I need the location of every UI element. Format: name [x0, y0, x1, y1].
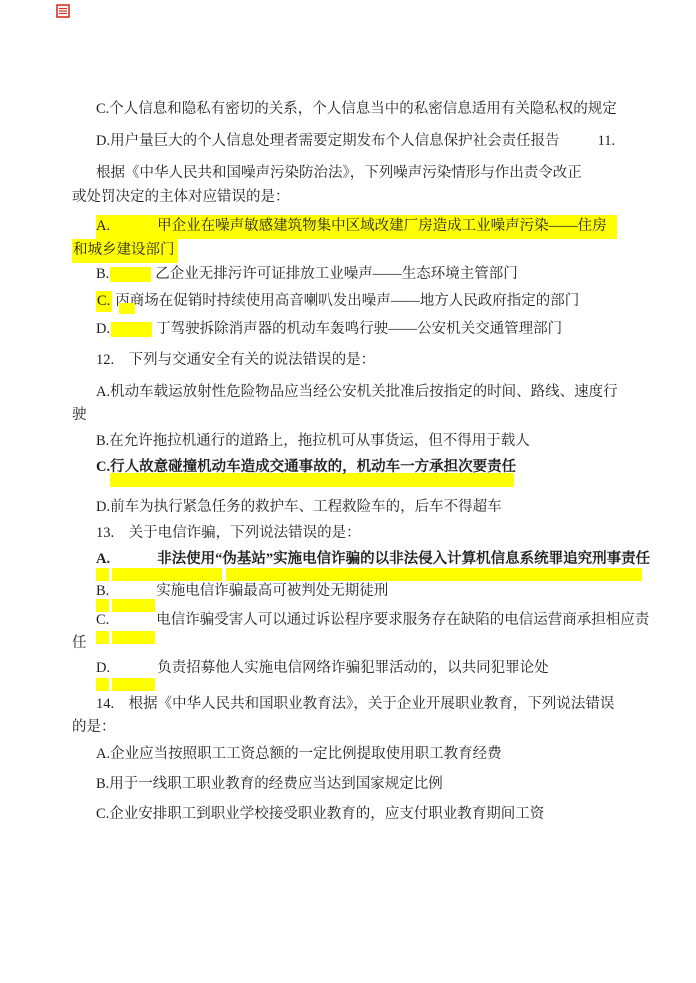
- q13-option-d: D.负责招募他人实施电信网络诈骗犯罪活动的，以共同犯罪论处: [96, 660, 549, 677]
- red-stamp-icon: [56, 4, 70, 18]
- highlight-block: [96, 678, 109, 691]
- q14-stem-text: 14. 根据《中华人民共和国职业教育法》，关于企业开展职业教育，下列说法错误: [96, 696, 614, 712]
- q12-option-a-text: A.机动车载运放射性危险物品应当经公安机关批准后按指定的时间、路线、速度行: [96, 384, 618, 400]
- q11-option-b: B.乙企业无排污许可证排放工业噪声——生态环境主管部门: [96, 266, 518, 283]
- highlight-bar: [96, 568, 109, 581]
- q13-option-c: C.电信诈骗受害人可以通过诉讼程序要求服务存在缺陷的电信运营商承担相应责: [96, 612, 649, 629]
- highlight-block: [119, 303, 135, 314]
- q11-option-c: C.丙商场在促销时持续使用高音喇叭发出噪声——地方人民政府指定的部门: [96, 293, 579, 310]
- highlight-bar: [112, 568, 222, 581]
- q13-option-a-label: A.: [96, 551, 110, 567]
- q11-number: 11.: [598, 133, 616, 149]
- q11-option-b-label: B.: [96, 266, 109, 282]
- q11-option-d-label: D.: [96, 321, 110, 337]
- q12-option-a-wrap: 驶: [72, 407, 87, 424]
- highlight-block: [96, 631, 109, 644]
- q14-option-b-text: B.用于一线职工职业教育的经费应当达到国家规定比例: [96, 776, 443, 792]
- q12-option-b-text: B.在允许拖拉机通行的道路上，拖拉机可从事货运，但不得用于载人: [96, 433, 530, 449]
- q12-option-d-text: D.前车为执行紧急任务的救护车、工程救险车的，后车不得超车: [96, 499, 502, 515]
- highlight-block: [112, 599, 155, 612]
- q13-option-d-label: D.: [96, 660, 110, 676]
- q10-option-d: D.用户量巨大的个人信息处理者需要定期发布个人信息保护社会责任报告11.: [96, 133, 615, 150]
- q12-stem: 12. 下列与交通安全有关的说法错误的是：: [96, 352, 375, 369]
- q12-option-d: D.前车为执行紧急任务的救护车、工程救险车的，后车不得超车: [96, 499, 502, 516]
- q10-option-c-text: C.个人信息和隐私有密切的关系，个人信息当中的私密信息适用有关隐私权的规定: [96, 101, 617, 117]
- highlight-block: [110, 267, 151, 282]
- q13-option-c-wrap-text: 任: [72, 635, 87, 651]
- q14-stem: 14. 根据《中华人民共和国职业教育法》，关于企业开展职业教育，下列说法错误: [96, 696, 614, 713]
- highlight-block: [112, 678, 155, 691]
- q14-option-b: B.用于一线职工职业教育的经费应当达到国家规定比例: [96, 776, 443, 793]
- q11-stem-line2: 或处罚决定的主体对应错误的是：: [72, 189, 290, 206]
- q11-option-b-text: 乙企业无排污许可证排放工业噪声——生态环境主管部门: [155, 266, 518, 282]
- q12-stem-text: 12. 下列与交通安全有关的说法错误的是：: [96, 352, 375, 368]
- q12-option-b: B.在允许拖拉机通行的道路上，拖拉机可从事货运，但不得用于载人: [96, 433, 530, 450]
- q11-option-a-text: 甲企业在噪声敏感建筑物集中区域改建厂房造成工业噪声污染——住房: [157, 218, 607, 234]
- q11-option-c-label: C.: [96, 291, 112, 312]
- q14-stem-wrap: 的是：: [72, 719, 116, 736]
- q14-option-c-text: C.企业安排职工到职业学校接受职业教育的，应支付职业教育期间工资: [96, 806, 544, 822]
- q13-stem: 13. 关于电信诈骗，下列说法错误的是：: [96, 525, 361, 542]
- q11-option-a-wrap-text: 和城乡建设部门: [73, 242, 175, 258]
- q13-option-b-label: B.: [96, 583, 109, 599]
- q12-option-a-wrap-text: 驶: [72, 407, 87, 423]
- q12-option-a: A.机动车载运放射性危险物品应当经公安机关批准后按指定的时间、路线、速度行: [96, 384, 618, 401]
- q13-option-a: A.非法使用“伪基站”实施电信诈骗的以非法侵入计算机信息系统罪追究刑事责任: [96, 551, 650, 568]
- q10-option-c: C.个人信息和隐私有密切的关系，个人信息当中的私密信息适用有关隐私权的规定: [96, 101, 617, 118]
- q13-option-c-wrap: 任: [72, 635, 87, 652]
- q13-option-c-text: 电信诈骗受害人可以通过诉讼程序要求服务存在缺陷的电信运营商承担相应责: [156, 612, 649, 628]
- q11-option-a-wrap-highlight: 和城乡建设部门: [72, 239, 178, 263]
- highlight-bar: [226, 568, 642, 581]
- q14-option-a-text: A.企业应当按照职工工资总额的一定比例提取使用职工教育经费: [96, 746, 502, 762]
- document-page[interactable]: C.个人信息和隐私有密切的关系，个人信息当中的私密信息适用有关隐私权的规定 D.…: [0, 0, 696, 983]
- q11-stem-line1-text: 根据《中华人民共和国噪声污染防治法》，下列噪声污染情形与作出责令改正: [96, 165, 582, 181]
- q11-option-a-highlight: A.甲企业在噪声敏感建筑物集中区域改建厂房造成工业噪声污染——住房: [96, 215, 617, 239]
- q13-option-d-text: 负责招募他人实施电信网络诈骗犯罪活动的，以共同犯罪论处: [157, 660, 549, 676]
- q13-option-b-text: 实施电信诈骗最高可被判处无期徒刑: [156, 583, 388, 599]
- highlight-block: [111, 322, 152, 337]
- q14-option-c: C.企业安排职工到职业学校接受职业教育的，应支付职业教育期间工资: [96, 806, 544, 823]
- q14-option-a: A.企业应当按照职工工资总额的一定比例提取使用职工教育经费: [96, 746, 502, 763]
- q11-stem-line1: 根据《中华人民共和国噪声污染防治法》，下列噪声污染情形与作出责令改正: [96, 165, 582, 182]
- q11-option-c-text: 丙商场在促销时持续使用高音喇叭发出噪声——地方人民政府指定的部门: [115, 293, 579, 309]
- q12-option-c-text: C.行人故意碰撞机动车造成交通事故的，机动车一方承担次要责任: [96, 459, 516, 475]
- q13-option-b: B.实施电信诈骗最高可被判处无期徒刑: [96, 583, 388, 600]
- q12-option-c: C.行人故意碰撞机动车造成交通事故的，机动车一方承担次要责任: [96, 459, 516, 476]
- q11-stem-line2-text: 或处罚决定的主体对应错误的是：: [72, 189, 290, 205]
- q13-option-c-label: C.: [96, 612, 109, 628]
- q11-option-d-text: 丁驾驶拆除消声器的机动车轰鸣行驶——公安机关交通管理部门: [156, 321, 562, 337]
- q14-stem-wrap-text: 的是：: [72, 719, 116, 735]
- q11-option-a-label: A.: [96, 218, 110, 234]
- q11-option-a: A.甲企业在噪声敏感建筑物集中区域改建厂房造成工业噪声污染——住房: [96, 215, 617, 239]
- q13-option-a-text: 非法使用“伪基站”实施电信诈骗的以非法侵入计算机信息系统罪追究刑事责任: [157, 551, 650, 567]
- highlight-block: [112, 631, 155, 644]
- highlight-block: [96, 599, 109, 612]
- q10-option-d-text: D.用户量巨大的个人信息处理者需要定期发布个人信息保护社会责任报告: [96, 133, 560, 149]
- q11-option-a-wrap: 和城乡建设部门: [72, 239, 178, 263]
- q13-stem-text: 13. 关于电信诈骗，下列说法错误的是：: [96, 525, 361, 541]
- q11-option-d: D.丁驾驶拆除消声器的机动车轰鸣行驶——公安机关交通管理部门: [96, 321, 562, 338]
